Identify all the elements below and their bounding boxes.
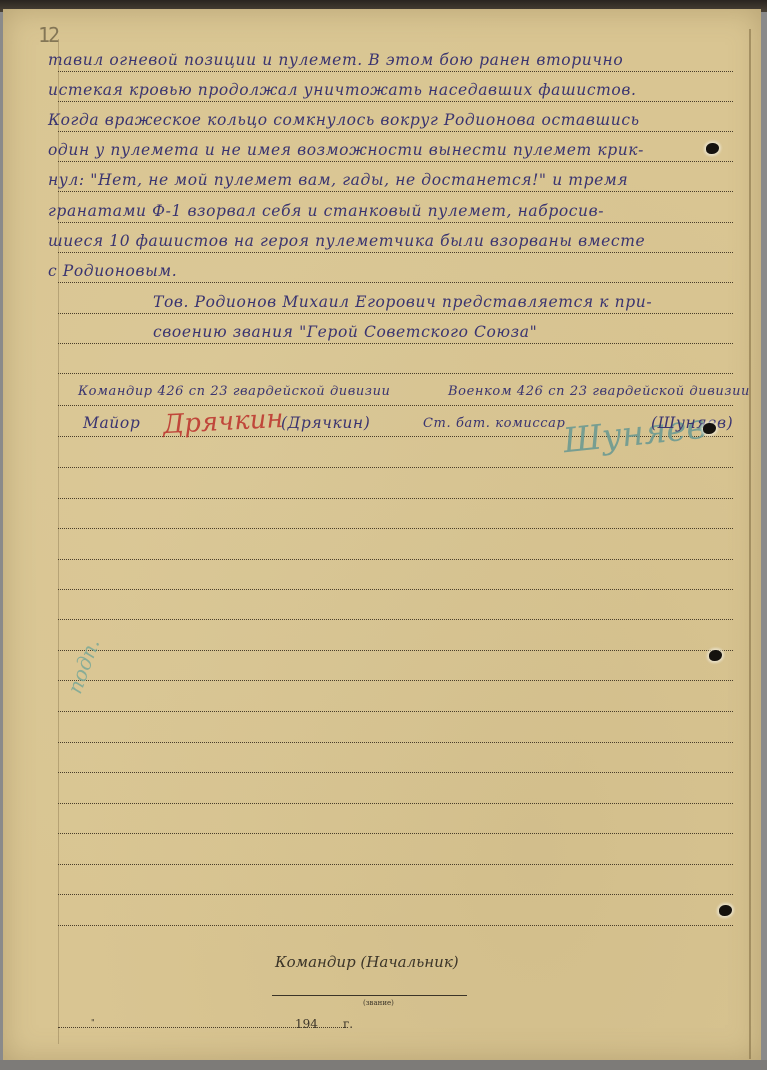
ruled-line	[58, 925, 733, 926]
ruled-line	[58, 498, 733, 499]
ruled-line	[58, 650, 733, 651]
form-footer-title: Командир (Начальник)	[275, 953, 459, 971]
ruled-line	[58, 803, 733, 804]
narrative-line: с Родионовым.	[48, 262, 177, 280]
ruled-line	[58, 71, 733, 72]
narrative-line: один у пулемета и не имея возможности вы…	[48, 141, 644, 159]
ruled-line	[58, 405, 733, 406]
margin-mark: подп.	[62, 635, 104, 697]
commander-rank: Майор	[83, 414, 140, 432]
commissar-role: Военком 426 сп 23 гвардейской дивизии	[448, 384, 750, 399]
commissar-name: (Шуняев)	[651, 414, 733, 432]
date-suffix: г.	[343, 1017, 353, 1031]
narrative-line: истекая кровью продолжал уничтожать насе…	[48, 81, 636, 99]
ruled-line	[58, 467, 733, 468]
narrative-line: шиеся 10 фашистов на героя пулеметчика б…	[48, 232, 645, 250]
ruled-line	[58, 589, 733, 590]
ruled-line	[58, 131, 733, 132]
page-number: 12	[38, 23, 58, 47]
punch-hole	[703, 423, 716, 434]
punch-hole	[709, 650, 722, 661]
ruled-line	[58, 161, 733, 162]
narrative-line: гранатами Ф-1 взорвал себя и станковый п…	[48, 202, 604, 220]
ruled-line	[58, 222, 733, 223]
ruled-line	[58, 619, 733, 620]
ruled-line	[58, 680, 733, 681]
recommendation-line: своению звания "Герой Советского Союза"	[153, 323, 537, 341]
right-page-edge	[749, 29, 751, 1059]
punch-hole	[719, 905, 732, 916]
scan-bottom-edge	[0, 1060, 767, 1070]
ruled-line	[58, 191, 733, 192]
commander-name: (Дрячкин)	[281, 414, 370, 432]
ruled-line	[58, 313, 733, 314]
ruled-line	[58, 894, 733, 895]
date-year: 194	[295, 1017, 318, 1031]
recommendation-line: Тов. Родионов Михаил Егорович представля…	[153, 293, 652, 311]
commissar-rank: Ст. бат. комиссар	[423, 416, 565, 431]
document-page: 12 тавил огневой позиции и пулемет. В эт…	[3, 9, 761, 1061]
ruled-line	[58, 282, 733, 283]
narrative-line: тавил огневой позиции и пулемет. В этом …	[48, 51, 623, 69]
date-quote-mark: "	[91, 1018, 95, 1027]
narrative-line: Когда вражеское кольцо сомкнулось вокруг…	[48, 111, 640, 129]
commander-signature: Дрячкин	[162, 404, 284, 440]
ruled-line	[58, 772, 733, 773]
rank-signature-line	[272, 995, 467, 996]
ruled-line	[58, 528, 733, 529]
ruled-line	[58, 343, 733, 344]
ruled-line	[58, 711, 733, 712]
ruled-line	[58, 864, 733, 865]
rank-caption: (звание)	[363, 999, 394, 1007]
ruled-line	[58, 833, 733, 834]
ruled-line	[58, 252, 733, 253]
punch-hole	[706, 143, 719, 154]
ruled-line	[58, 101, 733, 102]
narrative-line: нул: "Нет, не мой пулемет вам, гады, не …	[48, 171, 628, 189]
ruled-line	[58, 559, 733, 560]
ruled-line	[58, 373, 733, 374]
ruled-line	[58, 742, 733, 743]
commander-role: Командир 426 сп 23 гвардейской дивизии	[78, 384, 391, 399]
